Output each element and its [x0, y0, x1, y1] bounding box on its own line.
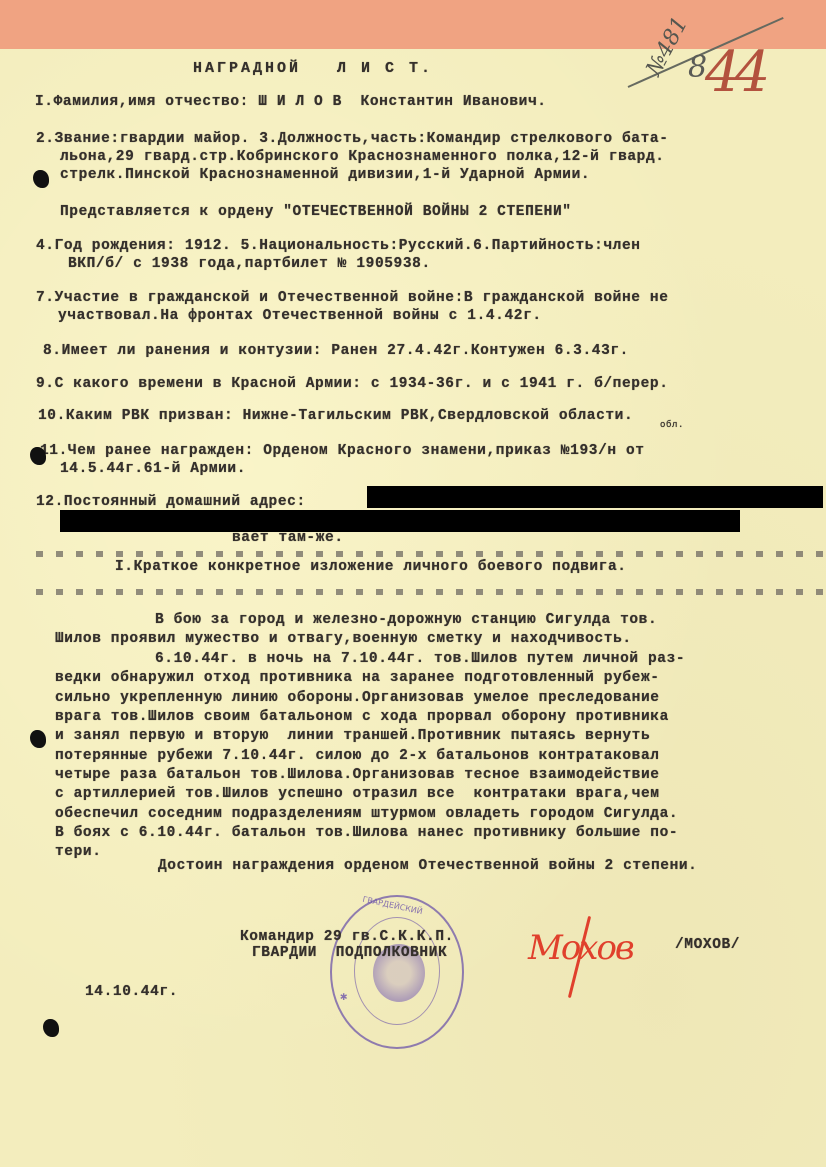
field-previous-awards-2: 14.5.44г.61-й Армии. — [60, 461, 246, 477]
field-party-card: ВКП/б/ с 1938 года,партбилет № 1905938. — [68, 256, 431, 272]
signatory-rank: ГВАРДИИ ПОДПОЛКОВНИК — [252, 945, 447, 961]
archive-color-band — [0, 0, 826, 49]
narrative-line: В боях с 6.10.44г. батальон тов.Шилова н… — [55, 825, 678, 841]
punch-hole — [30, 447, 46, 465]
field-wounds: 8.Имеет ли ранения и контузии: Ранен 27.… — [43, 343, 629, 359]
narrative-line: врага тов.Шилов своим батальоном с хода … — [55, 709, 669, 725]
signatory-typed-name: /МОХОВ/ — [675, 937, 740, 953]
stamp-star-icon: ✱ — [340, 989, 347, 1004]
narrative-line: обеспечил соседним подразделениям штурмо… — [55, 806, 678, 822]
field-previous-awards: 11.Чем ранее награжден: Орденом Красного… — [40, 443, 645, 459]
stamp-text: ГВАРДЕЙСКИЙ — [362, 895, 424, 917]
separator-dashes — [36, 551, 826, 557]
narrative-line: тери. — [55, 844, 102, 860]
redaction-bar — [367, 486, 823, 508]
narrative-line: В бою за город и железно-дорожную станци… — [155, 612, 657, 628]
punch-hole — [30, 730, 46, 748]
punch-hole — [43, 1019, 59, 1037]
nomination-line: Представляется к ордену "ОТЕЧЕСТВЕННОЙ В… — [60, 204, 572, 220]
narrative-line: потерянные рубежи 7.10.44г. силою до 2-х… — [55, 748, 660, 764]
redaction-bar — [60, 510, 740, 532]
field-service-since: 9.С какого времени в Красной Армии: с 19… — [36, 376, 669, 392]
award-recommendation: Достоин награждения орденом Отечественно… — [158, 858, 697, 874]
field-unit-line-3: стрелк.Пинской Краснознаменной дивизии,1… — [60, 167, 590, 183]
document-title: НАГРАДНОЙ Л И С Т. — [193, 60, 433, 77]
document-date: 14.10.44г. — [85, 984, 178, 1000]
punch-hole — [33, 170, 49, 188]
narrative-line: Шилов проявил мужество и отвагу,военную … — [55, 631, 632, 647]
field-war-participation: 7.Участие в гражданской и Отечественной … — [36, 290, 669, 306]
field-rank-position: 2.Звание:гвардии майор. 3.Должность,част… — [36, 131, 669, 147]
field-full-name: I.Фамилия,имя отчество: Ш И Л О В Конста… — [35, 94, 547, 110]
field-home-address: 12.Постоянный домашний адрес: — [36, 494, 306, 510]
field-home-address-2: вает там-же. — [232, 530, 344, 546]
narrative-line: и занял первую и вторую линии траншей.Пр… — [55, 728, 650, 744]
field-drafted-by: 10.Каким РВК призван: Нижне-Тагильским Р… — [38, 408, 633, 424]
field-birth-nationality-party: 4.Год рождения: 1912. 5.Национальность:Р… — [36, 238, 641, 254]
signatory-position: Командир 29 гв.С.К.К.П. — [240, 929, 454, 945]
small-annotation: обл. — [660, 420, 684, 430]
handwritten-signature: Мохов — [528, 928, 633, 968]
narrative-line: сильно укрепленную линию обороны.Организ… — [55, 690, 660, 706]
narrative-line: 6.10.44г. в ночь на 7.10.44г. тов.Шилов … — [155, 651, 685, 667]
narrative-line: ведки обнаружил отход противника на зара… — [55, 670, 660, 686]
narrative-line: с артиллерией тов.Шилов успешно отразил … — [55, 786, 660, 802]
field-war-participation-2: участвовал.На фронтах Отечественной войн… — [58, 308, 542, 324]
archive-page-number: 44 — [705, 40, 764, 105]
section-heading: I.Краткое конкретное изложение личного б… — [115, 559, 627, 575]
official-stamp: ГВАРДЕЙСКИЙ ✱ — [330, 895, 464, 1049]
narrative-line: четыре раза батальон тов.Шилова.Организо… — [55, 767, 660, 783]
separator-dashes — [36, 589, 826, 595]
field-unit-line-2: льона,29 гвард.стр.Кобринского Краснозна… — [60, 149, 665, 165]
